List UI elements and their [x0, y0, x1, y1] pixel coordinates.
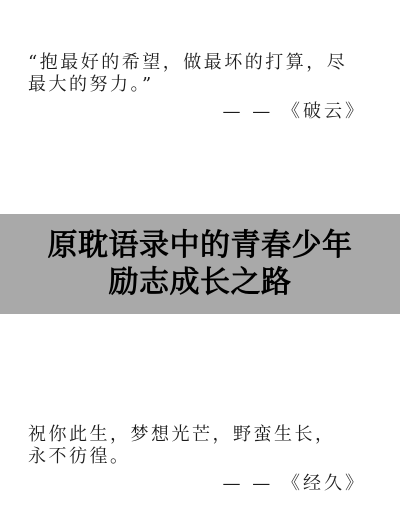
title-banner: 原耽语录中的青春少年 励志成长之路	[0, 214, 400, 314]
top-quote-line-1: “抱最好的希望，做最坏的打算，尽	[28, 52, 374, 74]
bottom-quote-line-2: 永不彷徨。	[28, 446, 374, 468]
bottom-quote-line-1: 祝你此生，梦想光芒，野蛮生长，	[28, 424, 374, 446]
top-quote-line-2: 最大的努力。”	[28, 74, 374, 96]
banner-title-line-2: 励志成长之路	[109, 264, 292, 301]
banner-title-line-1: 原耽语录中的青春少年	[48, 227, 353, 264]
bottom-quote: 祝你此生，梦想光芒，野蛮生长， 永不彷徨。 — — 《经久》	[28, 424, 374, 495]
quote-card: “抱最好的希望，做最坏的打算，尽 最大的努力。” — — 《破云》 原耽语录中的…	[0, 0, 400, 530]
top-quote-attribution: — — 《破云》	[28, 101, 374, 123]
bottom-quote-attribution: — — 《经久》	[28, 473, 374, 495]
top-quote: “抱最好的希望，做最坏的打算，尽 最大的努力。” — — 《破云》	[28, 52, 374, 123]
